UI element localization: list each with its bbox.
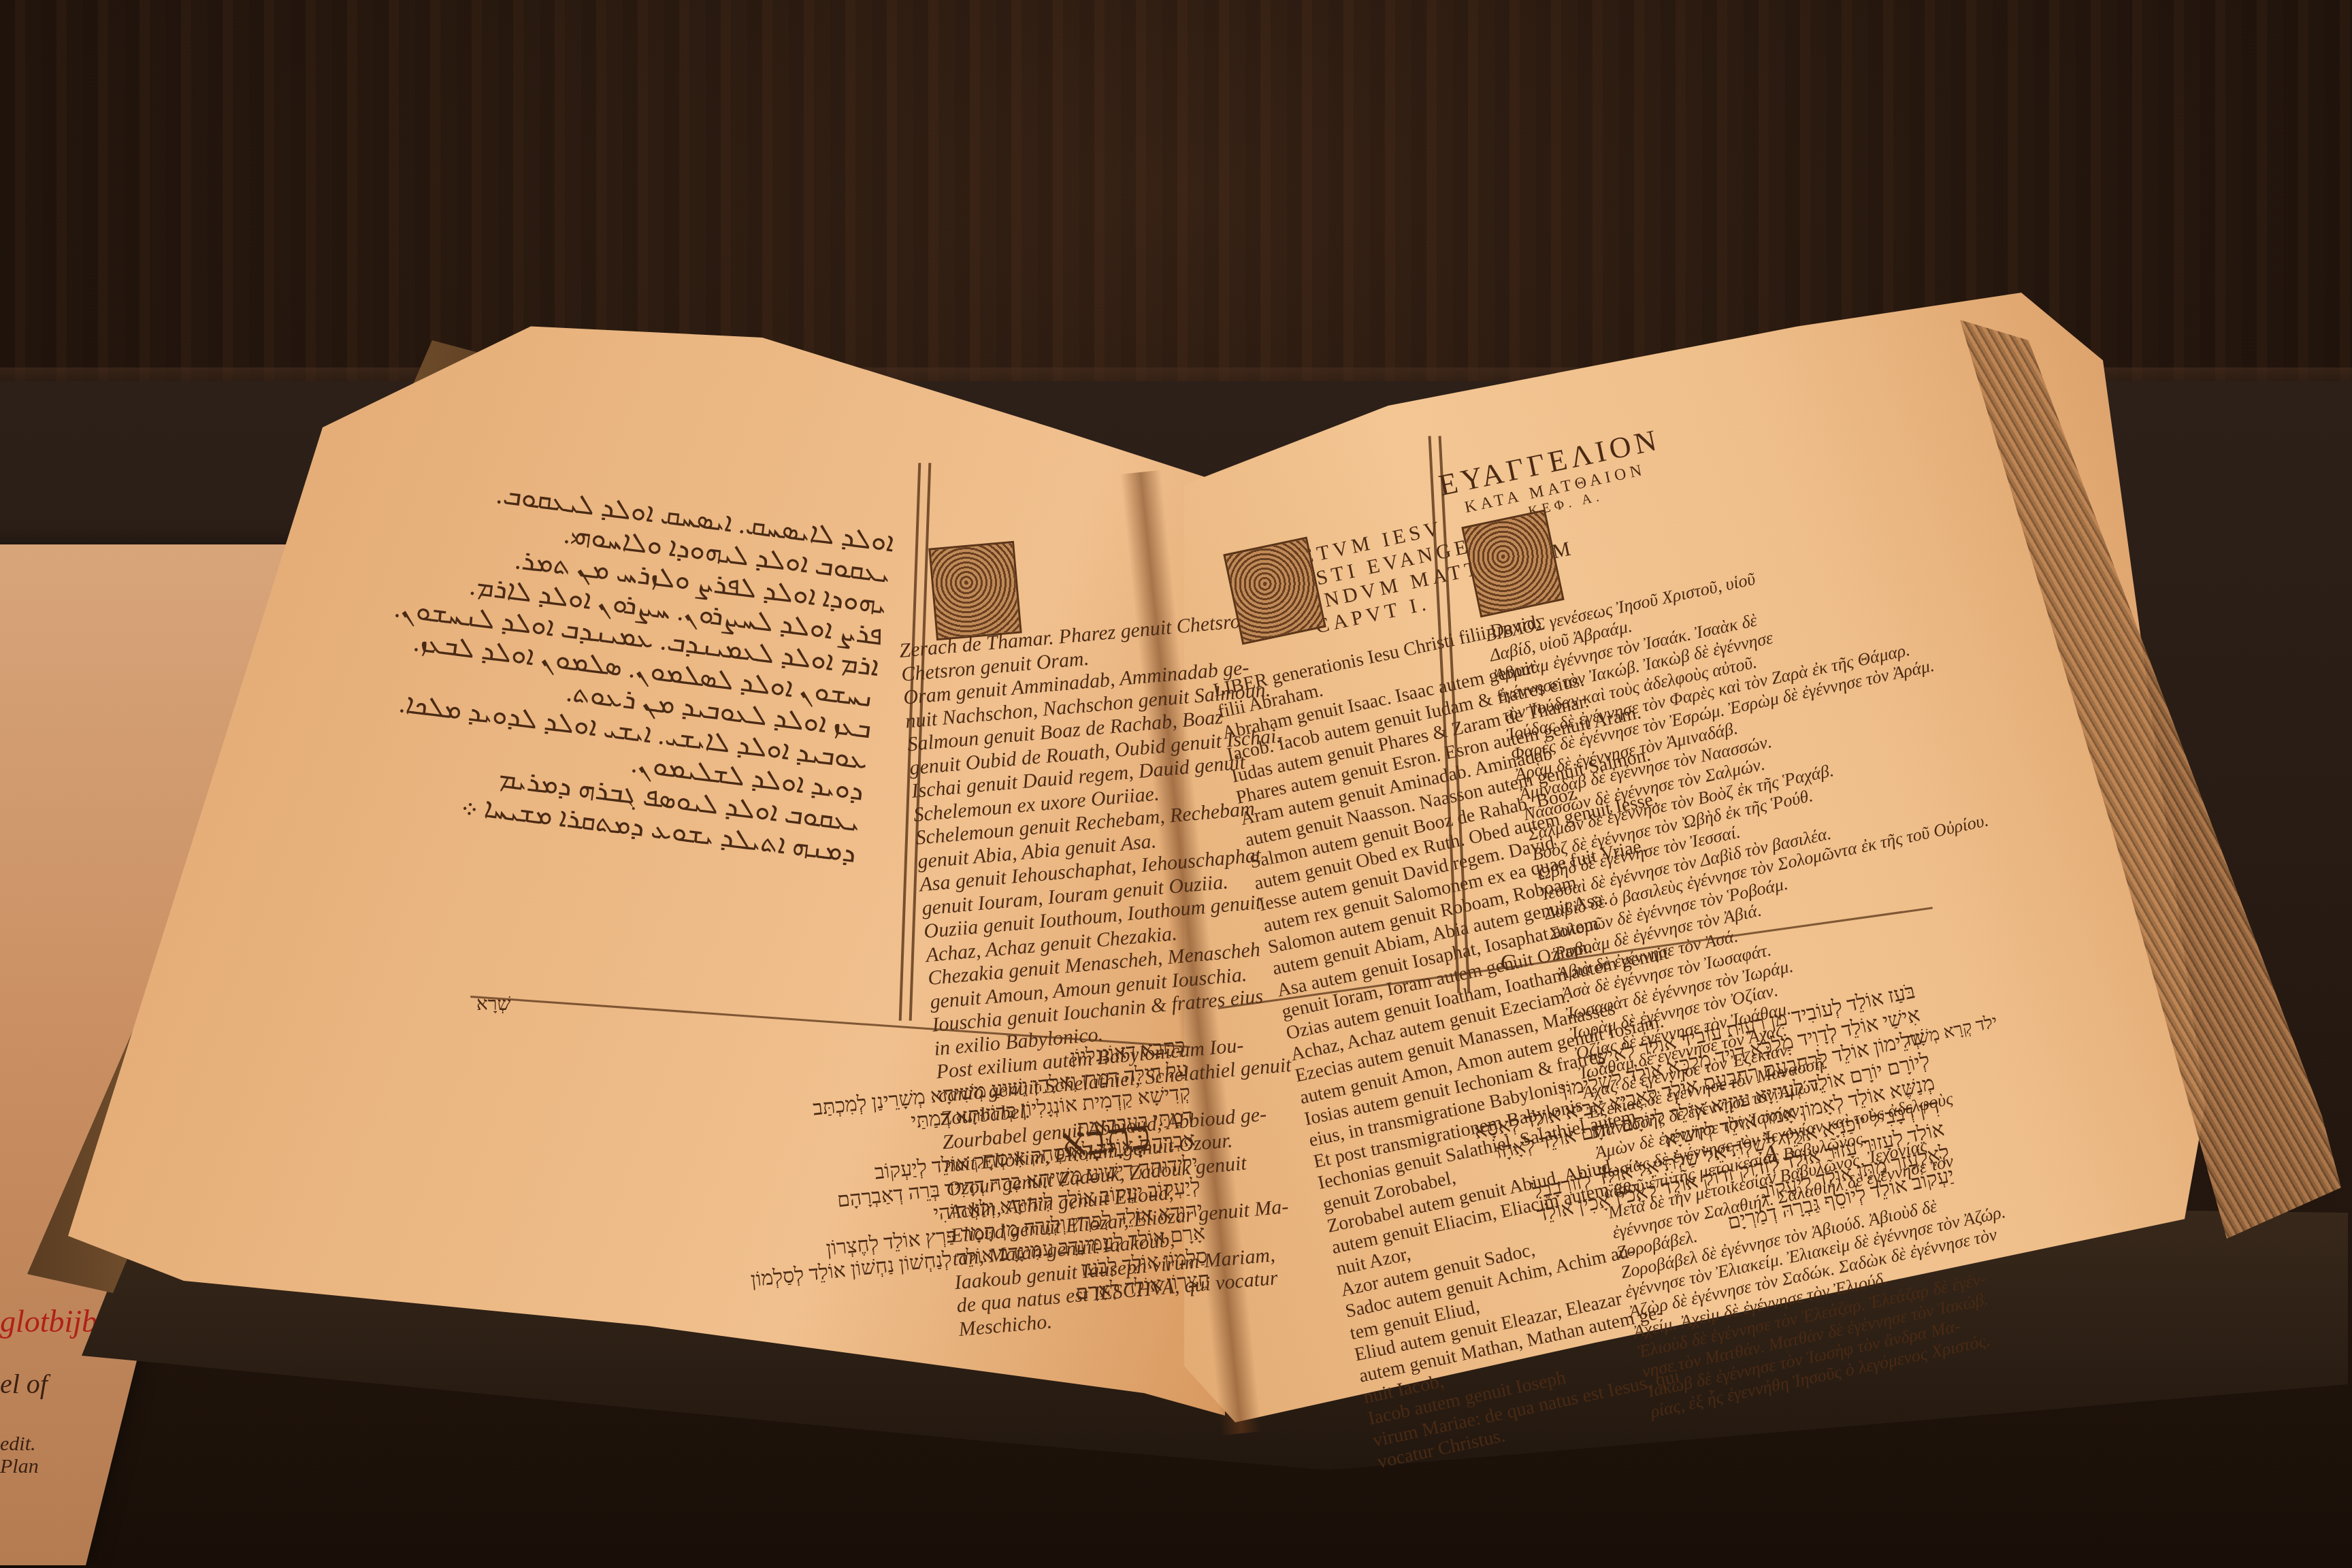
signature-mark: A	[1763, 1140, 1780, 1166]
signature-number: 2	[1797, 1133, 1803, 1147]
open-polyglot-bible: ܐܘܠܕ ܠܐܝܣܚܩ. ܐܝܣܚܩ ܐܘܠܕ ܠܝܥܩܘܒ. ܝܥܩܘܒ ܐܘ…	[0, 0, 2352, 1568]
ornamental-drop-cap	[928, 541, 1022, 640]
hebrew-side-heading: כְּתָבָא	[1060, 1111, 1153, 1167]
photo-scene: glotbijbel el of edit. Plan ܐܘܠܕ ܠܐܝܣܚܩ.…	[0, 0, 2352, 1568]
left-syriac-column: ܐܘܠܕ ܠܐܝܣܚܩ. ܐܝܣܚܩ ܐܘܠܕ ܠܝܥܩܘܒ. ܝܥܩܘܒ ܐܘ…	[550, 490, 896, 869]
margin-letter: C	[1501, 949, 1516, 976]
